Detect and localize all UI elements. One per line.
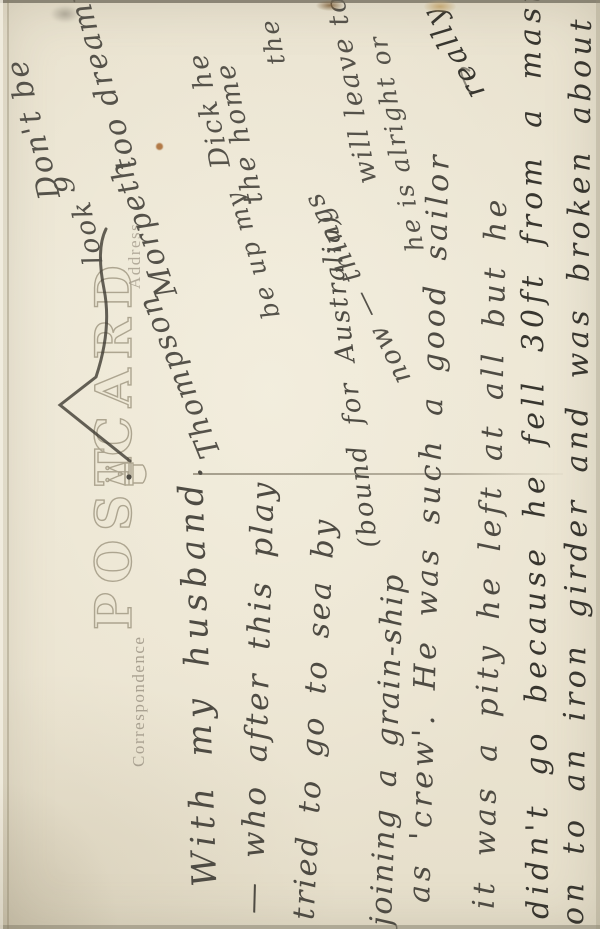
handwriting-fragment: the <box>254 16 291 67</box>
correspondence-label: Correspondence <box>129 636 149 767</box>
card-edge-right <box>596 0 600 929</box>
message-line: With my husband. <box>171 461 226 888</box>
handwriting-fragment: be up my <box>219 187 286 322</box>
message-trailing-word: really <box>414 0 492 105</box>
crown-icon <box>103 459 153 489</box>
corner-shading <box>0 780 120 929</box>
card-edge-top <box>0 0 600 3</box>
handwriting-fragment: Thompson <box>131 289 229 463</box>
handwriting-fragment: 9 <box>49 172 82 194</box>
handwriting-fragment: too dreamy <box>58 0 145 174</box>
smudge-spot <box>50 5 80 23</box>
message-line: on to an iron girder and was broken abou… <box>556 15 599 925</box>
message-line: as 'crew'. He was such a good sailor <box>402 151 457 903</box>
postcard-scan: POST CARD Correspondence Address <box>0 0 600 929</box>
message-line: didn't go because he fell 30ft from a ma… <box>513 0 556 919</box>
stain-spot <box>424 0 456 13</box>
speck-spot <box>156 143 163 150</box>
handwriting-fragment: look <box>66 197 110 268</box>
message-line: — who after this play <box>234 479 281 914</box>
stain-spot <box>316 0 344 11</box>
message-line: it was a pity he left at all but he <box>467 195 514 909</box>
message-line: tried to go to sea by <box>286 517 342 921</box>
